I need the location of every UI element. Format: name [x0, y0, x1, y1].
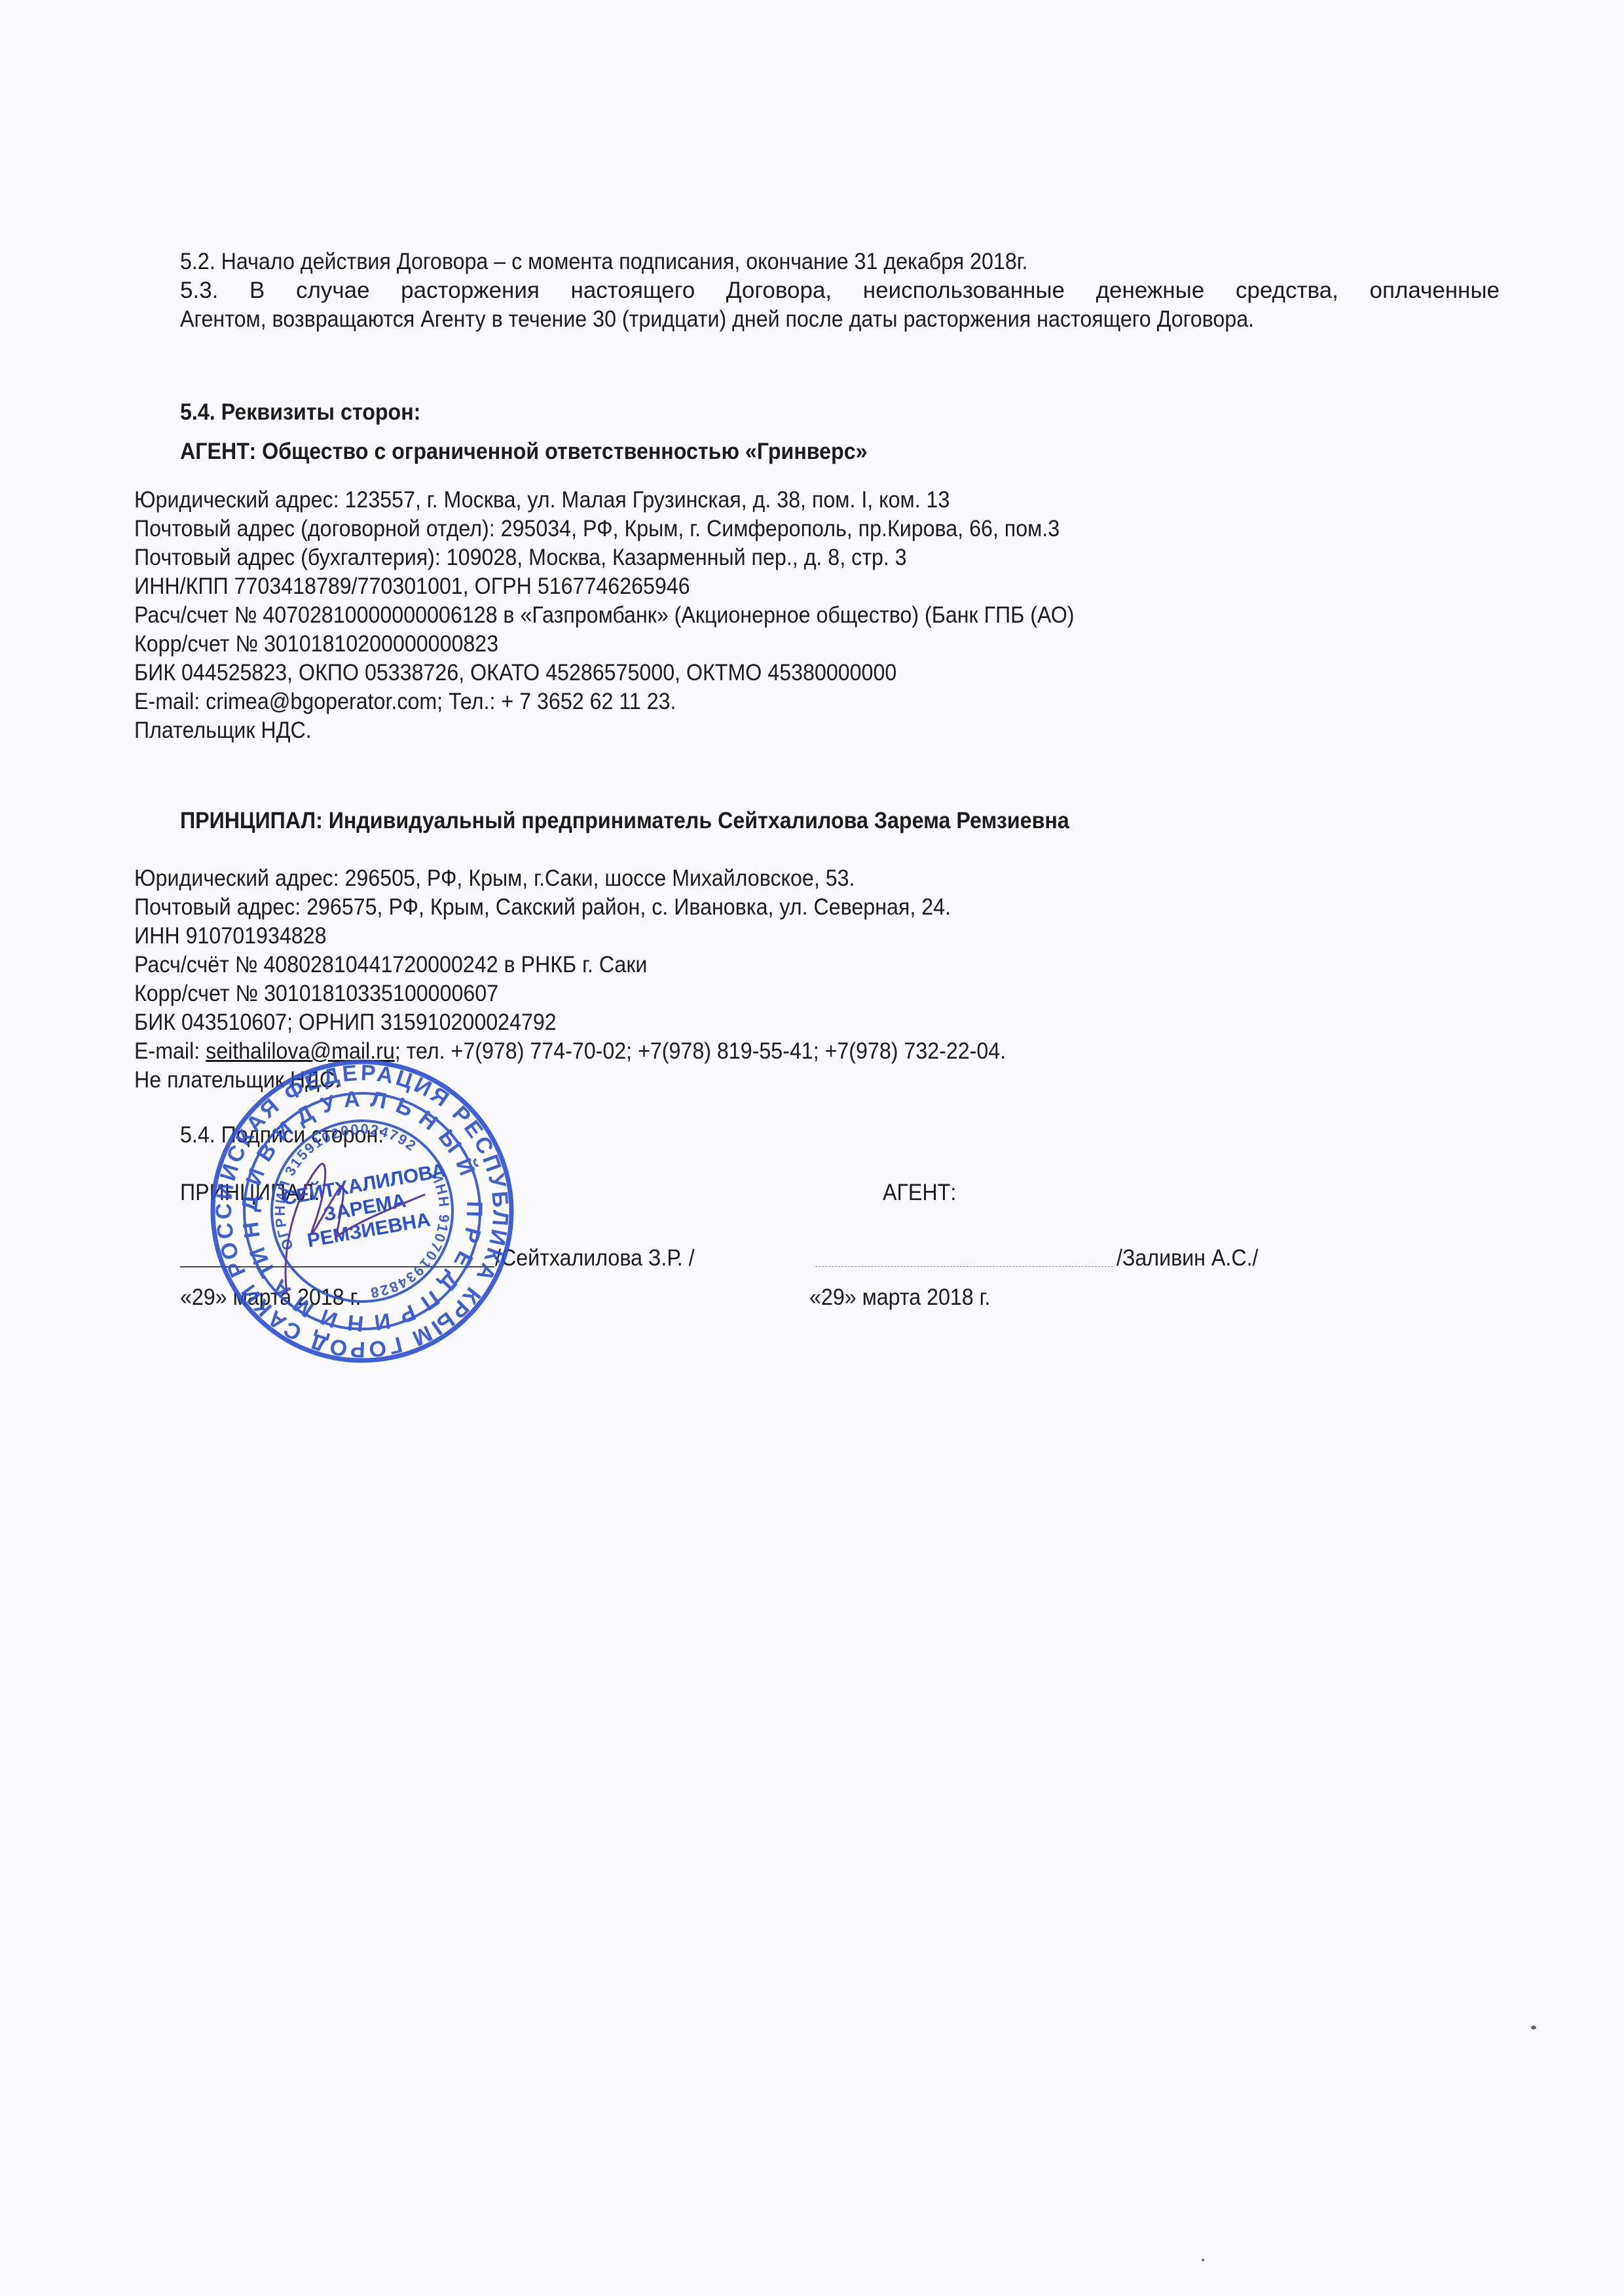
agent-postal-address-accounting: Почтовый адрес (бухгалтерия): 109028, Мо…: [134, 543, 907, 572]
clause-5-3-line-2: Агентом, возвращаются Агенту в течение 3…: [180, 305, 1254, 334]
scan-speck: [1202, 2259, 1204, 2261]
email-label: E-mail:: [134, 1038, 206, 1064]
principal-signer-name: /Сейтхалилова З.Р. /: [495, 1244, 695, 1273]
agent-settlement-account: Расч/счет № 40702810000000006128 в «Газп…: [134, 601, 1075, 630]
agent-bank-codes: БИК 044525823, ОКПО 05338726, ОКАТО 4528…: [134, 659, 896, 687]
principal-title: ПРИНЦИПАЛ: Индивидуальный предпринимател…: [180, 807, 1069, 835]
agent-legal-address: Юридический адрес: 123557, г. Москва, ул…: [134, 486, 950, 515]
agent-signature-date: «29» марта 2018 г.: [809, 1283, 990, 1312]
principal-bik-ornip: БИК 043510607; ОРНИП 315910200024792: [134, 1008, 557, 1037]
principal-inn: ИНН 910701934828: [134, 922, 327, 951]
clause-5-3-line-1: 5.3. В случае расторжения настоящего Дог…: [180, 276, 1500, 305]
agent-contacts: E-mail: crimea@bgoperator.com; Тел.: + 7…: [134, 687, 676, 716]
principal-postal-address: Почтовый адрес: 296575, РФ, Крым, Сакски…: [134, 893, 951, 922]
document-page: 5.2. Начало действия Договора – с момент…: [0, 0, 1624, 2296]
agent-signer-name: /Заливин А.С./: [1116, 1244, 1258, 1273]
agent-vat-status: Плательщик НДС.: [134, 716, 312, 745]
agent-signature-label: АГЕНТ:: [883, 1178, 956, 1207]
principal-settlement-account: Расч/счёт № 40802810441720000242 в РНКБ …: [134, 951, 647, 979]
principal-corr-account: Корр/счет № 30101810335100000607: [134, 979, 498, 1008]
agent-inn-kpp-ogrn: ИНН/КПП 7703418789/770301001, ОГРН 51677…: [134, 572, 690, 601]
company-seal-stamp: РОССИЙСКАЯ ФЕДЕРАЦИЯ РЕСПУБЛИКА КРЫМ ГОР…: [208, 1057, 516, 1365]
clause-5-2: 5.2. Начало действия Договора – с момент…: [180, 247, 1027, 276]
agent-corr-account: Корр/счет № 30101810200000000823: [134, 630, 498, 659]
requisites-heading: 5.4. Реквизиты сторон:: [180, 398, 420, 427]
scan-speck: [1531, 2026, 1536, 2030]
agent-postal-address-contracts: Почтовый адрес (договорной отдел): 29503…: [134, 515, 1060, 543]
principal-legal-address: Юридический адрес: 296505, РФ, Крым, г.С…: [134, 864, 855, 893]
agent-signature-line: [815, 1266, 1113, 1267]
agent-title: АГЕНТ: Общество с ограниченной ответстве…: [180, 437, 868, 466]
